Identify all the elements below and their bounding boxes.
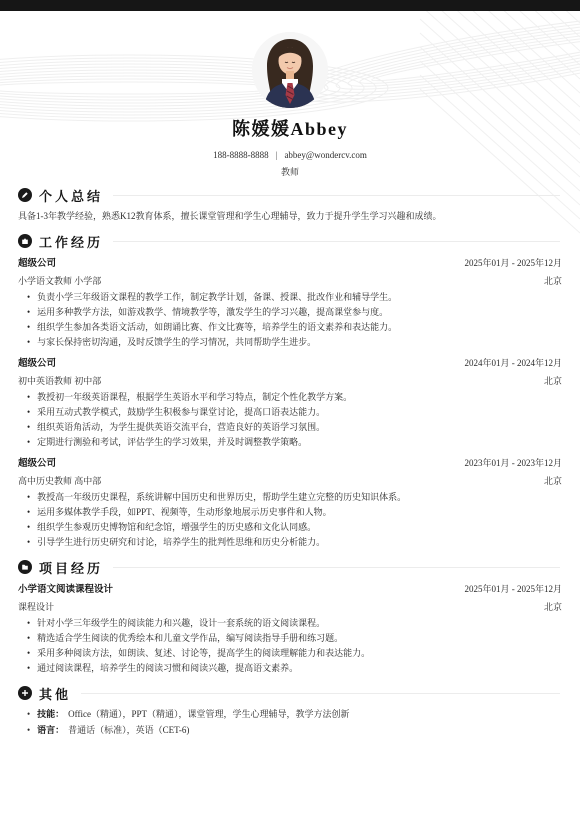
bullet-item: •教授高一年级历史课程，系统讲解中国历史和世界历史，帮助学生建立完整的历史知识体… (27, 490, 562, 505)
languages-label: 语言： (37, 725, 64, 735)
bullet-list: •负责小学三年级语文课程的教学工作，制定教学计划，备课、授课、批改作业和辅导学生… (18, 290, 562, 350)
project-name: 小学语文阅读课程设计 (18, 581, 113, 595)
languages-text: 普通话（标准），英语（CET-6) (68, 725, 189, 735)
plus-icon (18, 686, 32, 700)
section-rule (81, 693, 560, 694)
skills-label: 技能： (37, 709, 64, 719)
bullet-item: •运用多媒体教学手段，如PPT、视频等，生动形象地展示历史事件和人物。 (27, 505, 562, 520)
section-title: 项目经历 (39, 558, 103, 577)
email-address: abbey@wondercv.com (284, 150, 366, 160)
skills-item: • 技能：Office（精通），PPT（精通），课堂管理，学生心理辅导，教学方法… (27, 706, 562, 722)
briefcase-icon (18, 234, 32, 248)
job-title: 教师 (0, 165, 580, 178)
section-rule (113, 195, 560, 196)
top-black-bar (0, 0, 580, 11)
bullet-item: •运用多种教学方法，如游戏教学、情境教学等，激发学生的学习兴趣，提高课堂参与度。 (27, 305, 562, 320)
bullet-item: •组织学生参观历史博物馆和纪念馆，增强学生的历史感和文化认同感。 (27, 520, 562, 535)
date-range: 2024年01月 - 2024年12月 (465, 356, 563, 369)
bullet-list: •教授初一年级英语课程，根据学生英语水平和学习特点，制定个性化教学方案。 •采用… (18, 390, 562, 450)
bullet-item: •针对小学三年级学生的阅读能力和兴趣，设计一套系统的语文阅读课程。 (27, 616, 562, 631)
resume-content: 个人总结 具备1-3年教学经验，熟悉K12教育体系，擅长课堂管理和学生心理辅导，… (0, 186, 580, 738)
section-rule (113, 241, 560, 242)
date-range: 2023年01月 - 2023年12月 (465, 456, 563, 469)
location: 北京 (544, 474, 562, 487)
bullet-item: •采用多种阅读方法，如朗读、复述、讨论等，提高学生的阅读理解能力和表达能力。 (27, 646, 562, 661)
work-entry: 超级公司 2024年01月 - 2024年12月 初中英语教师 初中部 北京 •… (18, 355, 562, 450)
company-name: 超级公司 (18, 455, 56, 469)
bullet-item: •精选适合学生阅读的优秀绘本和儿童文学作品，编写阅读指导手册和练习题。 (27, 631, 562, 646)
project-entry: 小学语文阅读课程设计 2025年01月 - 2025年12月 课程设计 北京 •… (18, 581, 562, 676)
contact-separator: | (276, 150, 278, 160)
position-title: 高中历史教师 高中部 (18, 474, 101, 487)
work-entry: 超级公司 2025年01月 - 2025年12月 小学语文教师 小学部 北京 •… (18, 255, 562, 350)
location: 北京 (544, 600, 562, 613)
portrait-photo-illustration (252, 32, 328, 108)
bullet-item: •通过阅读课程，培养学生的阅读习惯和阅读兴趣，提高语文素养。 (27, 661, 562, 676)
date-range: 2025年01月 - 2025年12月 (465, 582, 563, 595)
bullet-item: •负责小学三年级语文课程的教学工作，制定教学计划，备课、授课、批改作业和辅导学生… (27, 290, 562, 305)
folder-icon (18, 560, 32, 574)
location: 北京 (544, 374, 562, 387)
date-range: 2025年01月 - 2025年12月 (465, 256, 563, 269)
company-name: 超级公司 (18, 355, 56, 369)
section-rule (113, 567, 560, 568)
bullet-item: •与家长保持密切沟通，及时反馈学生的学习情况，共同帮助学生进步。 (27, 335, 562, 350)
pen-icon (18, 188, 32, 202)
location: 北京 (544, 274, 562, 287)
bullet-list: •针对小学三年级学生的阅读能力和兴趣，设计一套系统的语文阅读课程。 •精选适合学… (18, 616, 562, 676)
bullet-item: •组织英语角活动，为学生提供英语交流平台，营造良好的英语学习氛围。 (27, 420, 562, 435)
skills-text: Office（精通），PPT（精通），课堂管理，学生心理辅导，教学方法创新 (68, 709, 349, 719)
candidate-name: 陈媛媛Abbey (0, 115, 580, 141)
bullet-item: •教授初一年级英语课程，根据学生英语水平和学习特点，制定个性化教学方案。 (27, 390, 562, 405)
section-header-work: 工作经历 (18, 232, 562, 250)
bullet-item: •采用互动式教学模式，鼓励学生积极参与课堂讨论，提高口语表达能力。 (27, 405, 562, 420)
contact-line: 188-8888-8888|abbey@wondercv.com (0, 150, 580, 160)
position-title: 初中英语教师 初中部 (18, 374, 101, 387)
section-header-projects: 项目经历 (18, 558, 562, 576)
phone-number: 188-8888-8888 (213, 150, 269, 160)
position-title: 小学语文教师 小学部 (18, 274, 101, 287)
bullet-list: •教授高一年级历史课程，系统讲解中国历史和世界历史，帮助学生建立完整的历史知识体… (18, 490, 562, 550)
summary-text: 具备1-3年教学经验，熟悉K12教育体系，擅长课堂管理和学生心理辅导，致力于提升… (18, 209, 562, 224)
bullet-item: •引导学生进行历史研究和讨论，培养学生的批判性思维和历史分析能力。 (27, 535, 562, 550)
project-role: 课程设计 (18, 600, 54, 613)
work-entry: 超级公司 2023年01月 - 2023年12月 高中历史教师 高中部 北京 •… (18, 455, 562, 550)
languages-item: • 语言：普通话（标准），英语（CET-6) (27, 722, 562, 738)
other-list: • 技能：Office（精通），PPT（精通），课堂管理，学生心理辅导，教学方法… (18, 706, 562, 738)
company-name: 超级公司 (18, 255, 56, 269)
section-title: 个人总结 (39, 186, 103, 205)
section-header-other: 其他 (18, 684, 562, 702)
bullet-item: •定期进行测验和考试，评估学生的学习效果，并及时调整教学策略。 (27, 435, 562, 450)
bullet-item: •组织学生参加各类语文活动，如朗诵比赛、作文比赛等，培养学生的语文素养和表达能力… (27, 320, 562, 335)
section-header-summary: 个人总结 (18, 186, 562, 204)
avatar (252, 32, 328, 108)
resume-page: 陈媛媛Abbey 188-8888-8888|abbey@wondercv.co… (0, 0, 580, 738)
section-title: 工作经历 (39, 232, 103, 251)
section-title: 其他 (39, 684, 71, 703)
